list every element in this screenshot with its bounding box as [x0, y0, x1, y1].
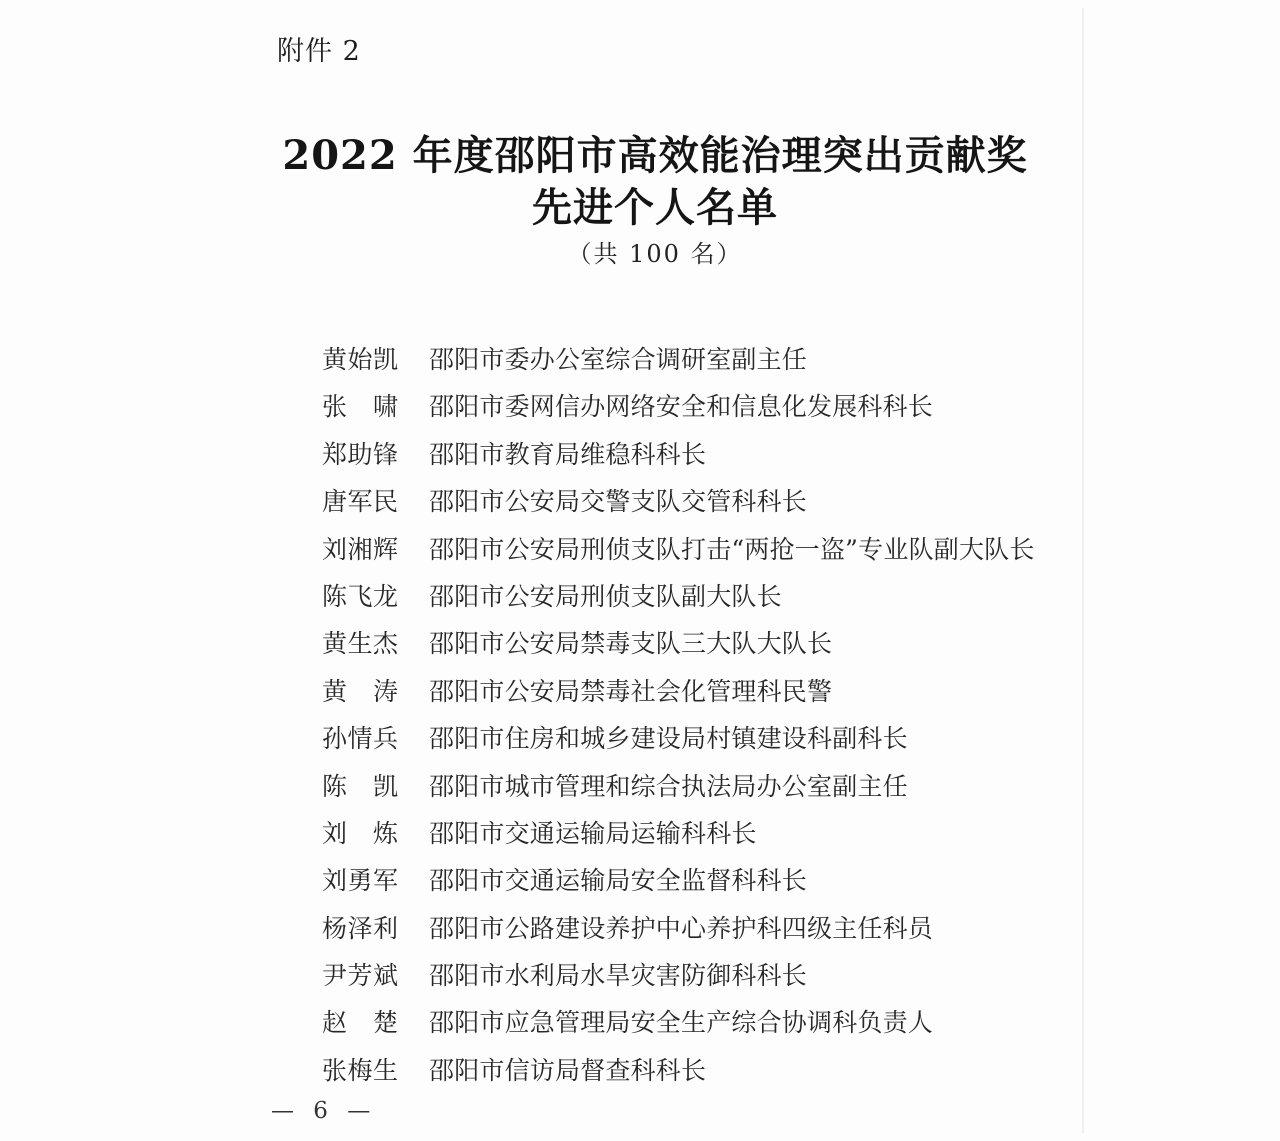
awardee-position: 邵阳市委网信办网络安全和信息化发展科科长: [429, 383, 933, 430]
awardee-name: 刘勇军: [322, 857, 398, 904]
awardee-position: 邵阳市交通运输局运输科科长: [429, 810, 757, 857]
awardee-name: 张梅生: [322, 1047, 398, 1094]
awardee-position: 邵阳市公安局刑侦支队副大队长: [429, 573, 782, 620]
list-item: 黄生杰邵阳市公安局禁毒支队三大队大队长: [322, 620, 1222, 667]
list-item: 尹芳斌邵阳市水利局水旱灾害防御科科长: [322, 952, 1222, 999]
list-item: 孙情兵邵阳市住房和城乡建设局村镇建设科副科长: [322, 715, 1222, 762]
list-item: 陈飞龙邵阳市公安局刑侦支队副大队长: [322, 573, 1222, 620]
list-item: 黄始凯邵阳市委办公室综合调研室副主任: [322, 336, 1222, 383]
awardee-name: 陈飞龙: [322, 573, 398, 620]
awardee-position: 邵阳市公路建设养护中心养护科四级主任科员: [429, 905, 933, 952]
awardee-name: 赵楚: [322, 999, 398, 1046]
awardee-position: 邵阳市交通运输局安全监督科科长: [429, 857, 807, 904]
awardee-name: 张啸: [322, 383, 398, 430]
list-item: 唐军民邵阳市公安局交警支队交管科科长: [322, 478, 1222, 525]
awardee-position: 邵阳市住房和城乡建设局村镇建设科副科长: [429, 715, 908, 762]
list-item: 郑助锋邵阳市教育局维稳科科长: [322, 431, 1222, 478]
awardee-name: 陈凯: [322, 763, 398, 810]
document-page: 附件 2 2022 年度邵阳市高效能治理突出贡献奖 先进个人名单 （共 100 …: [0, 0, 1280, 1141]
awardee-name: 黄涛: [322, 668, 398, 715]
awardee-name: 孙情兵: [322, 715, 398, 762]
list-item: 黄涛邵阳市公安局禁毒社会化管理科民警: [322, 668, 1222, 715]
awardee-name: 郑助锋: [322, 431, 398, 478]
awardee-position: 邵阳市公安局刑侦支队打击“两抢一盗”专业队副大队长: [429, 526, 1035, 573]
list-item: 刘湘辉邵阳市公安局刑侦支队打击“两抢一盗”专业队副大队长: [322, 526, 1222, 573]
list-item: 张梅生邵阳市信访局督查科科长: [322, 1047, 1222, 1094]
title-line-2: 先进个人名单: [15, 182, 1280, 234]
list-item: 赵楚邵阳市应急管理局安全生产综合协调科负责人: [322, 999, 1222, 1046]
awardee-position: 邵阳市公安局交警支队交管科科长: [429, 478, 807, 525]
awardee-position: 邵阳市公安局禁毒支队三大队大队长: [429, 620, 832, 667]
document-title: 2022 年度邵阳市高效能治理突出贡献奖 先进个人名单: [15, 130, 1280, 234]
awardee-name: 黄生杰: [322, 620, 398, 667]
awardee-position: 邵阳市教育局维稳科科长: [429, 431, 706, 478]
awardee-name: 唐军民: [322, 478, 398, 525]
awardee-position: 邵阳市水利局水旱灾害防御科科长: [429, 952, 807, 999]
title-line-1: 2022 年度邵阳市高效能治理突出贡献奖: [15, 130, 1280, 182]
awardee-position: 邵阳市应急管理局安全生产综合协调科负责人: [429, 999, 933, 1046]
awardee-position: 邵阳市城市管理和综合执法局办公室副主任: [429, 763, 908, 810]
page-number: — 6 —: [271, 1096, 376, 1126]
awardee-list: 黄始凯邵阳市委办公室综合调研室副主任 张啸邵阳市委网信办网络安全和信息化发展科科…: [322, 336, 1222, 1094]
awardee-position: 邵阳市信访局督查科科长: [429, 1047, 706, 1094]
awardee-name: 刘炼: [322, 810, 398, 857]
awardee-name: 黄始凯: [322, 336, 398, 383]
subtitle-count: （共 100 名）: [15, 238, 1280, 270]
awardee-name: 杨泽利: [322, 905, 398, 952]
awardee-position: 邵阳市公安局禁毒社会化管理科民警: [429, 668, 832, 715]
list-item: 张啸邵阳市委网信办网络安全和信息化发展科科长: [322, 383, 1222, 430]
attachment-label: 附件 2: [277, 34, 361, 70]
awardee-name: 刘湘辉: [322, 526, 398, 573]
list-item: 刘炼邵阳市交通运输局运输科科长: [322, 810, 1222, 857]
list-item: 刘勇军邵阳市交通运输局安全监督科科长: [322, 857, 1222, 904]
list-item: 杨泽利邵阳市公路建设养护中心养护科四级主任科员: [322, 905, 1222, 952]
awardee-name: 尹芳斌: [322, 952, 398, 999]
awardee-position: 邵阳市委办公室综合调研室副主任: [429, 336, 807, 383]
scan-artifact-line: [1082, 8, 1084, 1133]
list-item: 陈凯邵阳市城市管理和综合执法局办公室副主任: [322, 763, 1222, 810]
